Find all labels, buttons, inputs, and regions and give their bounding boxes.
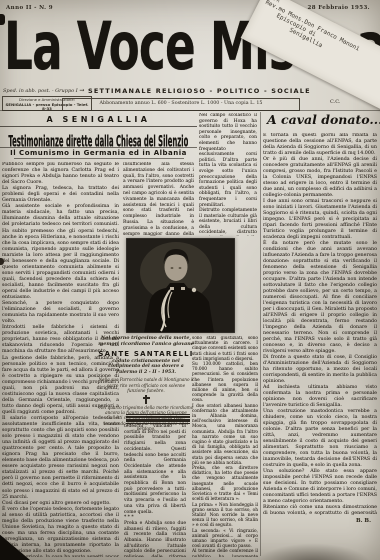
memorial-name: SANTE SANTARELLI	[98, 350, 194, 358]
right-article-body: È tornata in questi giorni alla ribalta …	[263, 133, 377, 515]
right-article-headline: A caval donato...!	[267, 112, 377, 127]
memorial-line1: caduto cristianamente nel compimento del…	[98, 359, 194, 376]
cross-icon	[142, 395, 150, 404]
subhead-rule-top	[0, 147, 197, 148]
portrait-photo	[126, 238, 235, 333]
scan-speck	[0, 14, 5, 25]
article-column-2: insufficiente alla stessa alimentazione …	[123, 162, 194, 236]
memorial-line2: Nella sua Parrocchia natale di Montignan…	[98, 377, 194, 393]
shipping-note: Sped. in abb. post. - Gruppo I →	[3, 87, 84, 94]
article-column-2-lower: tedeschi valicano la cortina di ferro ne…	[124, 424, 186, 557]
article-column-3: Nel campo scolastico il governo di Hoxa …	[199, 113, 257, 236]
page-curl-shadow	[246, 540, 380, 560]
article-column-3-lower: sono stati giustiziati, sono attualmente…	[192, 336, 258, 557]
column-rule	[260, 112, 261, 556]
header-rule	[0, 110, 380, 111]
newspaper-page: Anno II - N. 9 28 Febbraio 1953. La Voce…	[0, 0, 380, 560]
headline-rule-top	[0, 126, 197, 127]
shipping-text: Sped. in abb. post. - Gruppo I	[3, 88, 78, 94]
right-article-signature: B. B.	[263, 518, 371, 524]
article-subhead: Il Comunismo in Germania ed in Albania	[0, 149, 197, 157]
pointer-icon: →	[79, 87, 84, 94]
subhead-rule-bottom	[14, 158, 184, 159]
memorial-intro: Nel giorno trigesimo della morte, memori…	[98, 336, 194, 348]
tagline: SETTIMANALE RELIGIOSO - POLITICO - SOCIA…	[88, 87, 308, 95]
main-headline: Testimonianze dirette dalla Chiesa del S…	[0, 128, 197, 146]
postal-account-note: C.C.	[330, 99, 340, 105]
article-kicker: A SENIGALLIA	[0, 115, 197, 124]
